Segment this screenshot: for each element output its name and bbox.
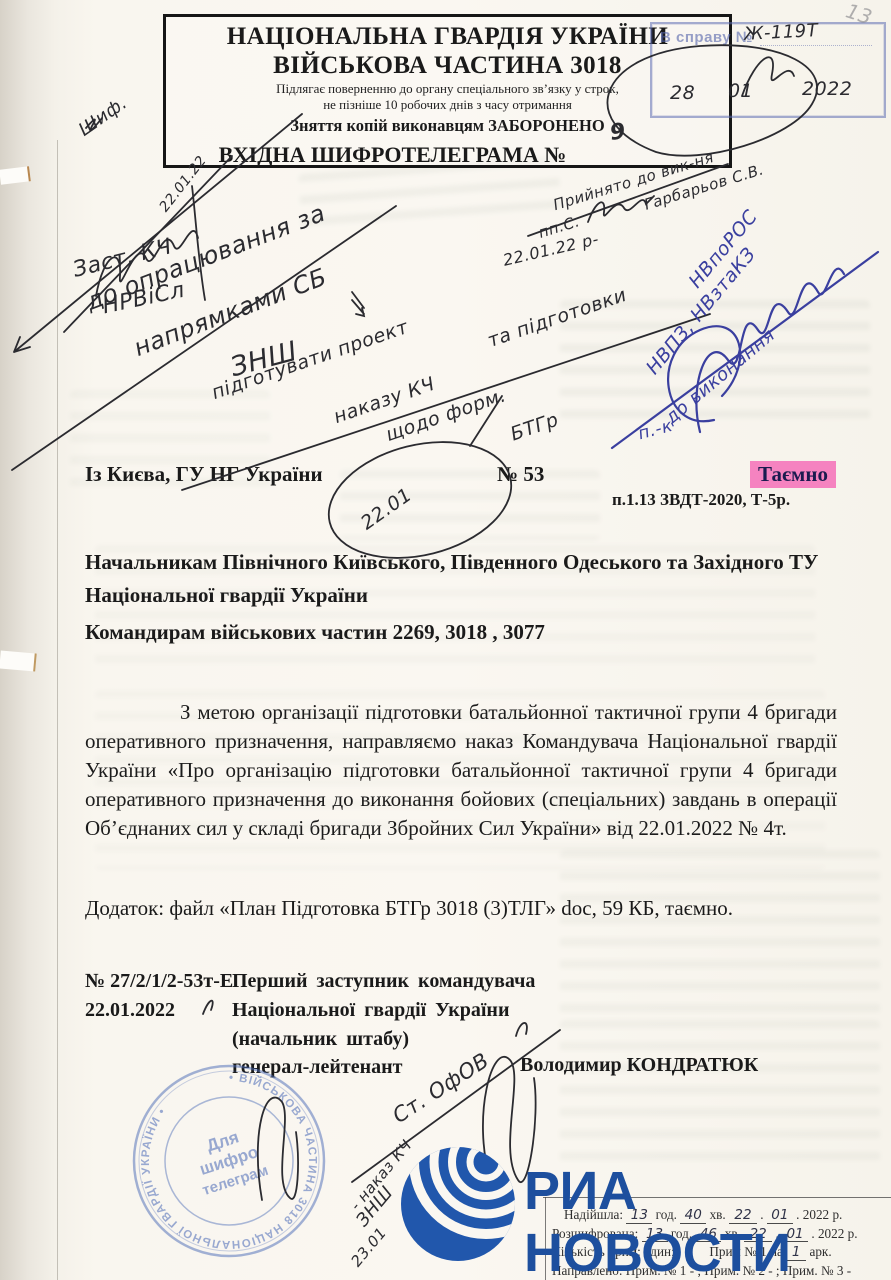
signer-title-3: (начальник штабу) — [232, 1028, 409, 1051]
file-stamp-label: В справу № — [660, 29, 753, 46]
doc-type-line: ВХІДНА ШИФРОТЕЛЕГРАМА № 9 — [166, 142, 729, 168]
return-note-2: не пізніше 10 робочих днів з часу отрима… — [166, 97, 729, 113]
ria-novosti-wordmark: РИА НОВОСТИ — [524, 1160, 891, 1280]
globe-icon — [398, 1144, 518, 1264]
copy-prohibition: Зняття копій виконавцям ЗАБОРОНЕНО — [166, 116, 729, 136]
torn-edge-chip — [0, 166, 31, 185]
attachment-line: Додаток: файл «План Підготовка БТГр 3018… — [85, 896, 733, 921]
stamp-date-day: 28 — [670, 82, 695, 104]
file-stamp-dotted-line — [760, 45, 872, 46]
scanned-document-page: НАЦІОНАЛЬНА ГВАРДІЯ УКРАЇНИ ВІЙСЬКОВА ЧА… — [0, 0, 891, 1280]
file-stamp-box: В справу № Ж-119Т 28 01 2022 — [650, 22, 886, 118]
paper-crease-line — [57, 140, 58, 1280]
bleed-through-texture — [560, 300, 870, 430]
annotation-st-of: Ст. ОфОВ — [388, 1048, 493, 1128]
torn-edge-chip — [0, 650, 37, 671]
origin-line: Із Києва, ГУ НГ України — [85, 462, 323, 487]
secrecy-ref: п.1.13 ЗВДТ-2020, Т-5р. — [612, 490, 790, 510]
ref-number: № 27/2/1/2-53т-Е — [85, 970, 233, 993]
addressees-line1: Начальникам Північного Київського, Півде… — [85, 546, 837, 611]
telegram-number: № 53 — [497, 462, 544, 487]
org-name: НАЦІОНАЛЬНА ГВАРДІЯ УКРАЇНИ — [166, 23, 729, 52]
signer-title-1: Перший заступник командувача — [232, 970, 535, 993]
stamp-date-year: 2022 — [802, 78, 852, 100]
ref-date: 22.01.2022 — [85, 999, 175, 1022]
bleed-through-texture — [560, 850, 880, 1020]
stamp-date-month: 01 — [728, 80, 753, 102]
return-note-1: Підлягає поверненню до органу спеціально… — [166, 81, 729, 97]
addressees-line2: Командирам військових частин 2269, 3018 … — [85, 620, 545, 645]
annotation-prep-5: БТГр — [508, 409, 562, 446]
letterhead-box: НАЦІОНАЛЬНА ГВАРДІЯ УКРАЇНИ ВІЙСЬКОВА ЧА… — [163, 14, 732, 168]
round-stamp: • ВІЙСЬКОВА ЧАСТИНА 3018 НАЦІОНАЛЬНОЇ ГВ… — [124, 1056, 334, 1266]
annotation-bottom-3: 23.01 — [347, 1224, 390, 1270]
bleed-through-texture — [560, 1020, 880, 1170]
doc-type-label: ВХІДНА ШИФРОТЕЛЕГРАМА № — [219, 142, 567, 168]
signer-name: Володимир КОНДРАТЮК — [520, 1054, 758, 1077]
case-number-handwritten: Ж-119Т — [744, 20, 819, 45]
secrecy-label: Таємно — [750, 461, 836, 488]
signer-title-2: Національної гвардії України — [232, 999, 509, 1022]
body-paragraph: З метою організації підготовки батальйон… — [85, 698, 837, 843]
annotation-shif: Шиф. — [75, 92, 131, 140]
military-unit: ВІЙСЬКОВА ЧАСТИНА 3018 — [166, 52, 729, 81]
